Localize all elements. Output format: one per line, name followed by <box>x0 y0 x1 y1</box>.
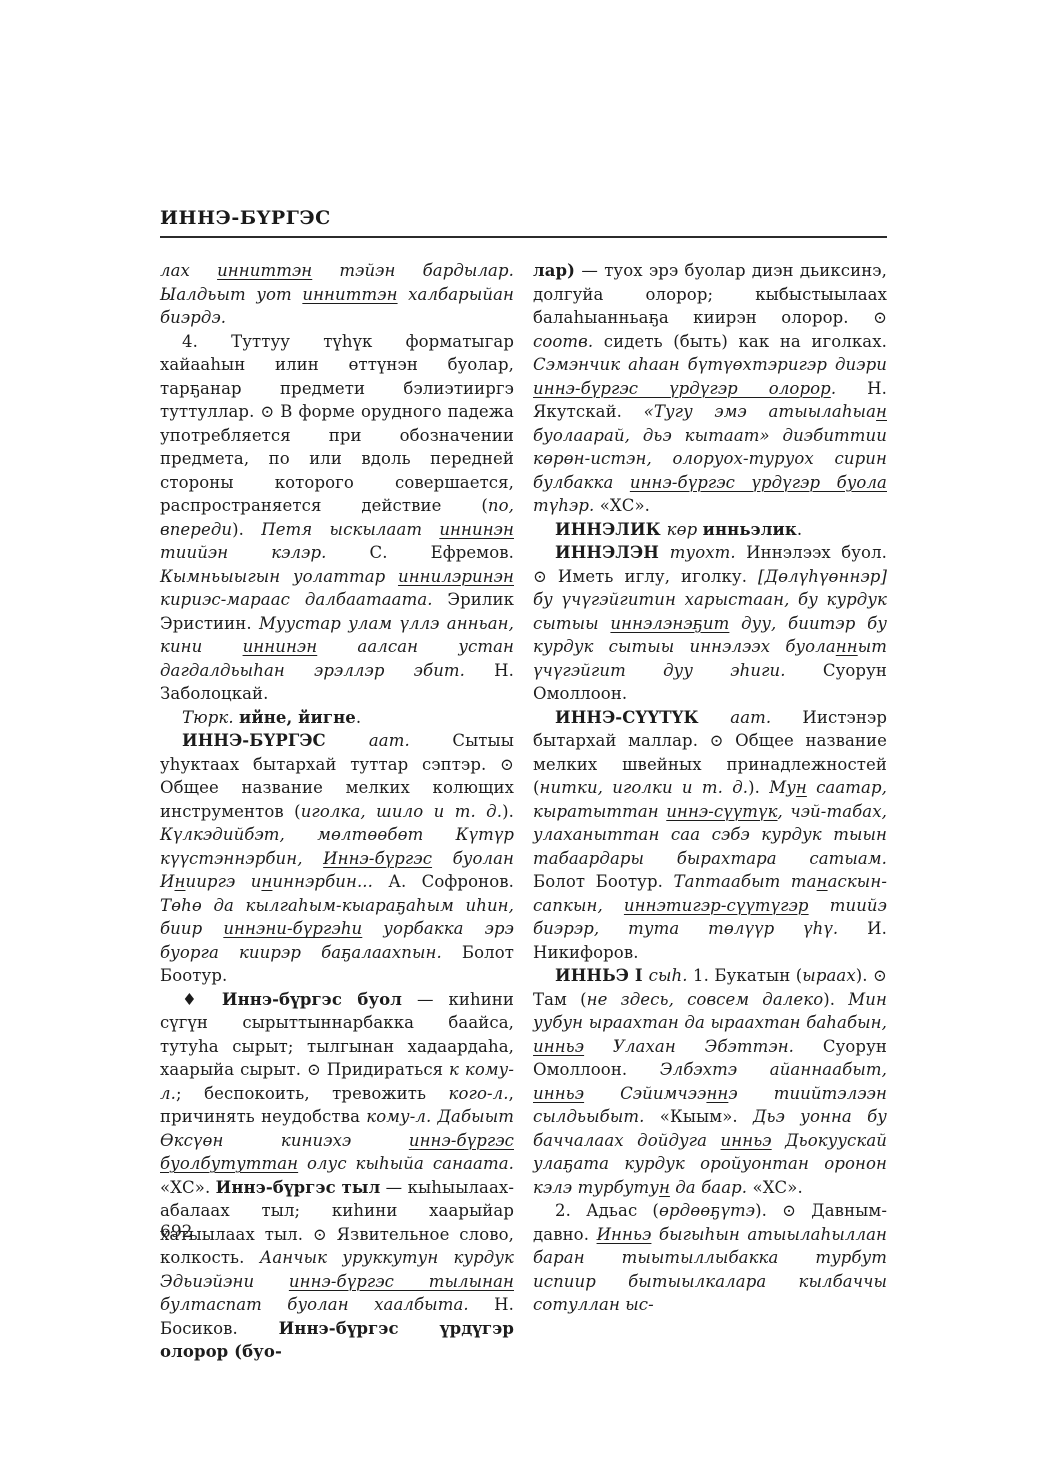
text-segment: Петя ыскылаат <box>261 520 439 539</box>
text-segment: лар) <box>533 261 575 280</box>
text-segment: сыһ. <box>649 966 688 985</box>
text-segment: тиийэн кэлэр. <box>160 543 327 562</box>
text-segment: инньэлик <box>703 520 797 539</box>
entry-inne-burges: ИННЭ-БҮРГЭС аат. Сытыы уһуктаах бытархай… <box>160 729 514 988</box>
text-segment: «ХС». <box>594 496 650 515</box>
text-segment: көр <box>667 520 703 539</box>
text-segment: иннэтигэр-сүүтүгэр <box>624 896 809 915</box>
text-segment: иннэ-бүргэс үрдүгэр олорор <box>533 379 831 398</box>
text-segment: — туох эрэ буолар диэн дьиксинэ, долгуйа… <box>533 261 887 327</box>
dictionary-page: ИННЭ-БҮРГЭС лах инниттэн тэйэн бардылар.… <box>0 0 1040 1473</box>
page-number: 692 <box>160 1222 192 1242</box>
text-segment: ; беспокоить, тревожить <box>176 1084 449 1103</box>
text-segment: Му <box>769 778 796 797</box>
text-segment: ИННЭ-СҮҮТҮК <box>555 708 730 727</box>
text-segment: «ХС». <box>160 1178 216 1197</box>
text-segment: иннэни-бүргэһи <box>223 919 362 938</box>
text-segment: иннэрбин... <box>272 872 373 891</box>
text-segment: өрдөөҕүтэ <box>659 1201 755 1220</box>
text-segment: ♦ Иннэ-бүргэс буол <box>182 990 402 1009</box>
text-segment: иннилэринэн <box>398 567 514 586</box>
text-segment: «ХС». <box>747 1178 803 1197</box>
header-rule <box>160 236 887 238</box>
page-content: ИННЭ-БҮРГЭС лах инниттэн тэйэн бардылар.… <box>160 207 887 1364</box>
text-segment: . <box>797 520 802 539</box>
text-segment: нн <box>706 1084 728 1103</box>
text-segment: 1. Букатын ( <box>688 966 803 985</box>
text-segment: кого-л. <box>449 1084 509 1103</box>
text-segment: Улахан Эбэттэн. <box>584 1037 794 1056</box>
text-segment: түһэр. <box>533 496 594 515</box>
text-segment: нн <box>836 637 858 656</box>
text-segment: иннэ-бүргэс тылынан <box>289 1272 514 1291</box>
text-segment: Иннэ-бүргэс тыл <box>216 1178 381 1197</box>
text-segment: аат. <box>730 708 771 727</box>
text-segment: иннэлэнэҕит <box>610 614 729 633</box>
text-segment: соотв. <box>533 332 593 351</box>
entry-innelen: ИННЭЛЭН туохт. Иннэлээх буол. ⊙ Иметь иг… <box>533 541 887 706</box>
text-segment: ). <box>502 802 514 821</box>
text-segment: Тюрк. <box>182 708 239 727</box>
text-segment: ИННЭЛЭН <box>555 543 670 562</box>
text-segment: не здесь, совсем далеко <box>587 990 824 1009</box>
text-segment: ). <box>748 778 769 797</box>
text-segment: Элбэхтэ айаннаабыт, <box>660 1060 887 1079</box>
text-segment: 2. Адьас ( <box>555 1201 659 1220</box>
text-segment: Болот Боотур. <box>533 872 674 891</box>
text-segment: кириэс-мараас далбаатаата. <box>160 590 433 609</box>
text-segment: инньэ <box>721 1131 772 1150</box>
text-segment: ийне, йигне <box>239 708 356 727</box>
text-segment: 4. Туттуу түһүк форматыгар хайааһын илин… <box>160 332 514 516</box>
text-segment: . <box>356 708 361 727</box>
text-segment: сидеть (быть) как на иголках. <box>593 332 887 351</box>
entry-innelik: ИННЭЛИК көр инньэлик. <box>533 518 887 542</box>
text-segment: ). <box>823 990 848 1009</box>
paragraph-etymology: Тюрк. ийне, йигне. <box>160 706 514 730</box>
text-segment: А. Софронов. <box>373 872 514 891</box>
text-segment: иннэ-бүргэс үрдүгэр буола <box>630 473 887 492</box>
text-segment: иголка, шило и т. д. <box>301 802 502 821</box>
text-segment: бултаспат буолан хаалбыта. <box>160 1295 469 1314</box>
text-segment: олус кыһыйа санаата. <box>298 1154 514 1173</box>
text-segment: Сэмэнчик аһаан бүтүөхтэригэр диэри <box>533 355 887 374</box>
text-segment: ИННЭЛИК <box>555 520 667 539</box>
text-segment: н <box>876 402 887 421</box>
text-segment: «Кыым». <box>644 1107 753 1126</box>
text-segment: инниттэн <box>217 261 312 280</box>
column-left: лах инниттэн тэйэн бардылар. Ыалдьыт уот… <box>160 259 514 1364</box>
text-segment: н <box>796 778 807 797</box>
paragraph-continuation: лах инниттэн тэйэн бардылар. Ыалдьыт уот… <box>160 259 514 330</box>
text-segment: нитки, иголки и т. д. <box>540 778 749 797</box>
text-columns: лах инниттэн тэйэн бардылар. Ыалдьыт уот… <box>160 259 887 1364</box>
paragraph-sense-4: 4. Туттуу түһүк форматыгар хайааһын илин… <box>160 330 514 706</box>
text-segment: ИННЬЭ I <box>555 966 649 985</box>
text-segment: да баар. <box>670 1178 747 1197</box>
text-segment: Таптаабыт та <box>674 872 817 891</box>
entry-innie-1: ИННЬЭ I сыһ. 1. Букатын (ыраах). ⊙ Там (… <box>533 964 887 1199</box>
text-segment: Сэйимчээ <box>584 1084 706 1103</box>
text-segment: «Тугу эмэ атыылаһыа <box>644 402 876 421</box>
text-segment: аат. <box>369 731 410 750</box>
text-segment: ыраах <box>802 966 855 985</box>
text-segment: инньэ <box>533 1037 584 1056</box>
text-segment: Инньэ <box>597 1225 652 1244</box>
text-segment: инниттэн <box>302 285 397 304</box>
text-segment: н <box>659 1178 670 1197</box>
entry-phrase-inne-burges-buol: ♦ Иннэ-бүргэс буол — киһини сүгүн сырытт… <box>160 988 514 1364</box>
text-segment: ). <box>232 520 261 539</box>
text-segment: лах <box>160 261 217 280</box>
text-segment: С. Ефремов. <box>327 543 514 562</box>
text-segment: иннинэн <box>243 637 318 656</box>
text-segment: Иннэ-бүргэс <box>323 849 432 868</box>
text-segment: инньэ <box>533 1084 584 1103</box>
text-segment: н <box>261 872 272 891</box>
text-segment: кому-л. <box>366 1107 431 1126</box>
text-segment: ииргэ и <box>185 872 261 891</box>
text-segment: иннинэн <box>439 520 514 539</box>
text-segment: Кымньыыгын уолаттар <box>160 567 398 586</box>
text-segment: ИННЭ-БҮРГЭС <box>182 731 369 750</box>
column-right: лар) — туох эрэ буолар диэн дьиксинэ, до… <box>533 259 887 1364</box>
text-segment: иннэ-сүүтүк <box>666 802 777 821</box>
text-segment: н <box>817 872 828 891</box>
running-head: ИННЭ-БҮРГЭС <box>160 207 887 229</box>
entry-inne-suutuk: ИННЭ-СҮҮТҮК аат. Иистэнэр бытархай малла… <box>533 706 887 965</box>
text-segment: туохт. <box>670 543 736 562</box>
text-segment: н <box>175 872 186 891</box>
paragraph-sense-2: 2. Адьас (өрдөөҕүтэ). ⊙ Давным-давно. Ин… <box>533 1199 887 1317</box>
paragraph-continuation: лар) — туох эрэ буолар диэн дьиксинэ, до… <box>533 259 887 518</box>
